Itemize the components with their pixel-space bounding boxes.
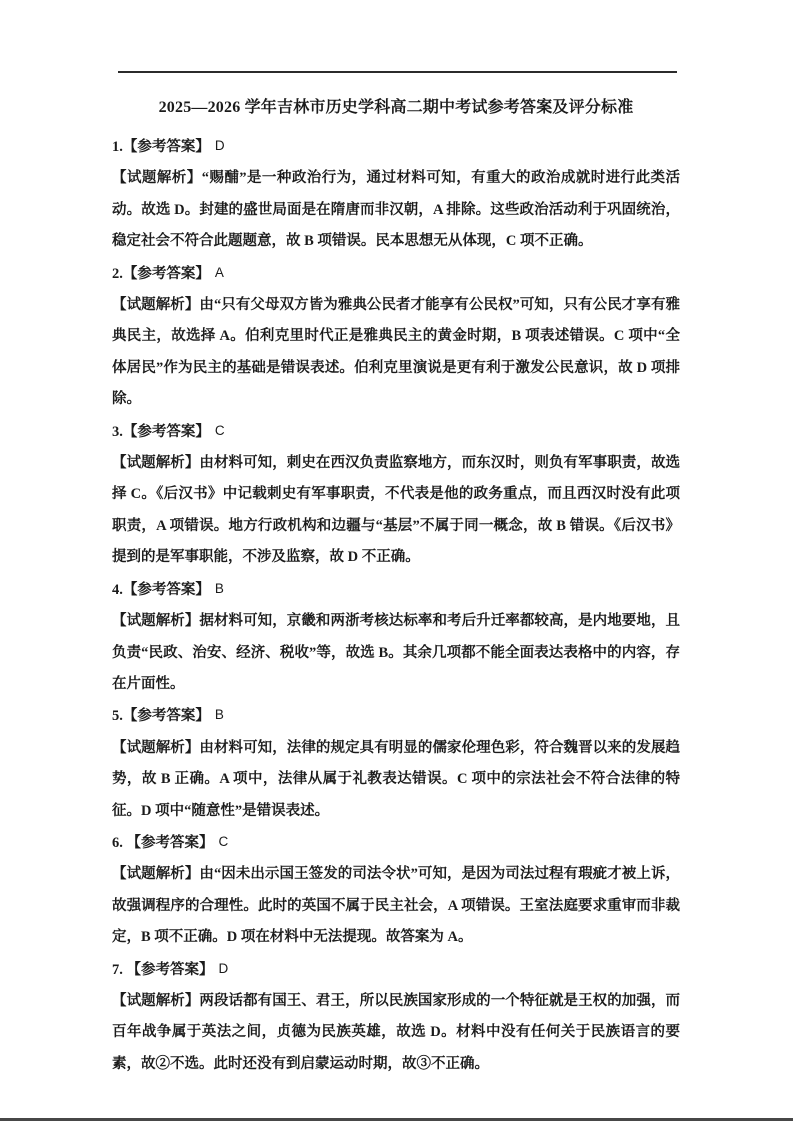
analysis-label: 【试题解析】 (112, 455, 199, 471)
answer-label: 【参考答案】 (123, 266, 210, 282)
analysis-paragraph: 【试题解析】由“只有父母双方皆为雅典公民者才能享有公民权”可知，只有公民才享有雅… (112, 290, 680, 416)
answer-number: 2. (112, 266, 123, 282)
analysis-label: 【试题解析】 (112, 170, 202, 186)
answer-letter: B (215, 581, 224, 596)
analysis-paragraph: 【试题解析】由材料可知，法律的规定具有明显的儒家伦理色彩，符合魏晋以来的发展趋势… (112, 733, 680, 827)
answer-line: 5.【参考答案】B (112, 700, 680, 732)
answer-letter: C (219, 834, 229, 849)
answer-letter: A (215, 265, 224, 280)
answer-line: 2.【参考答案】A (112, 258, 680, 290)
answer-label: 【参考答案】 (123, 582, 210, 598)
answer-number: 1. (112, 139, 123, 155)
analysis-text: 由材料可知，刺史在西汉负责监察地方，而东汉时，则负有军事职责，故选择 C。《后汉… (112, 455, 680, 565)
answer-number: 7. (112, 962, 127, 978)
answer-item: 7. 【参考答案】D 【试题解析】两段话都有国王、君王，所以民族国家形成的一个特… (112, 954, 680, 1081)
analysis-paragraph: 【试题解析】据材料可知，京畿和两浙考核达标率和考后升迁率都较高，是内地要地，且负… (112, 606, 680, 700)
page-bottom-edge (0, 1118, 793, 1121)
answer-line: 3.【参考答案】C (112, 416, 680, 448)
analysis-text: 由“只有父母双方皆为雅典公民者才能享有公民权”可知，只有公民才享有雅典民主，故选… (112, 297, 680, 407)
analysis-paragraph: 【试题解析】“赐酺”是一种政治行为，通过材料可知，有重大的政治成就时进行此类活动… (112, 163, 680, 257)
answer-letter: B (215, 707, 224, 722)
answer-line: 7. 【参考答案】D (112, 954, 680, 986)
answer-letter: C (215, 423, 225, 438)
analysis-label: 【试题解析】 (112, 993, 199, 1009)
analysis-label: 【试题解析】 (112, 613, 199, 629)
answer-line: 6. 【参考答案】C (112, 827, 680, 859)
answer-number: 4. (112, 582, 123, 598)
answer-label: 【参考答案】 (123, 139, 210, 155)
answer-label: 【参考答案】 (127, 962, 214, 978)
analysis-label: 【试题解析】 (112, 866, 199, 882)
answer-item: 3.【参考答案】C 【试题解析】由材料可知，刺史在西汉负责监察地方，而东汉时，则… (112, 416, 680, 574)
answer-label: 【参考答案】 (127, 835, 214, 851)
analysis-label: 【试题解析】 (112, 740, 199, 756)
answer-line: 1.【参考答案】D (112, 131, 680, 163)
answer-item: 1.【参考答案】D 【试题解析】“赐酺”是一种政治行为，通过材料可知，有重大的政… (112, 131, 680, 258)
analysis-paragraph: 【试题解析】两段话都有国王、君王，所以民族国家形成的一个特征就是王权的加强，而百… (112, 986, 680, 1080)
answer-number: 5. (112, 708, 123, 724)
answer-line: 4.【参考答案】B (112, 574, 680, 606)
analysis-paragraph: 【试题解析】由材料可知，刺史在西汉负责监察地方，而东汉时，则负有军事职责，故选择… (112, 448, 680, 574)
answer-item: 6. 【参考答案】C 【试题解析】由“因未出示国王签发的司法令状”可知，是因为司… (112, 827, 680, 954)
answer-number: 6. (112, 835, 127, 851)
answer-label: 【参考答案】 (123, 424, 210, 440)
answer-label: 【参考答案】 (123, 708, 210, 724)
answer-letter: D (215, 138, 225, 153)
header-rule (118, 71, 677, 73)
analysis-paragraph: 【试题解析】由“因未出示国王签发的司法令状”可知，是因为司法过程有瑕疵才被上诉，… (112, 859, 680, 953)
answer-item: 5.【参考答案】B 【试题解析】由材料可知，法律的规定具有明显的儒家伦理色彩，符… (112, 700, 680, 827)
answer-number: 3. (112, 424, 123, 440)
answer-item: 2.【参考答案】A 【试题解析】由“只有父母双方皆为雅典公民者才能享有公民权”可… (112, 258, 680, 416)
answer-letter: D (219, 961, 229, 976)
page-title: 2025—2026 学年吉林市历史学科高二期中考试参考答案及评分标准 (112, 96, 680, 120)
document-page: 2025—2026 学年吉林市历史学科高二期中考试参考答案及评分标准 1.【参考… (0, 0, 793, 1122)
document-content: 2025—2026 学年吉林市历史学科高二期中考试参考答案及评分标准 1.【参考… (112, 96, 680, 1080)
answer-item: 4.【参考答案】B 【试题解析】据材料可知，京畿和两浙考核达标率和考后升迁率都较… (112, 574, 680, 701)
analysis-label: 【试题解析】 (112, 297, 199, 313)
